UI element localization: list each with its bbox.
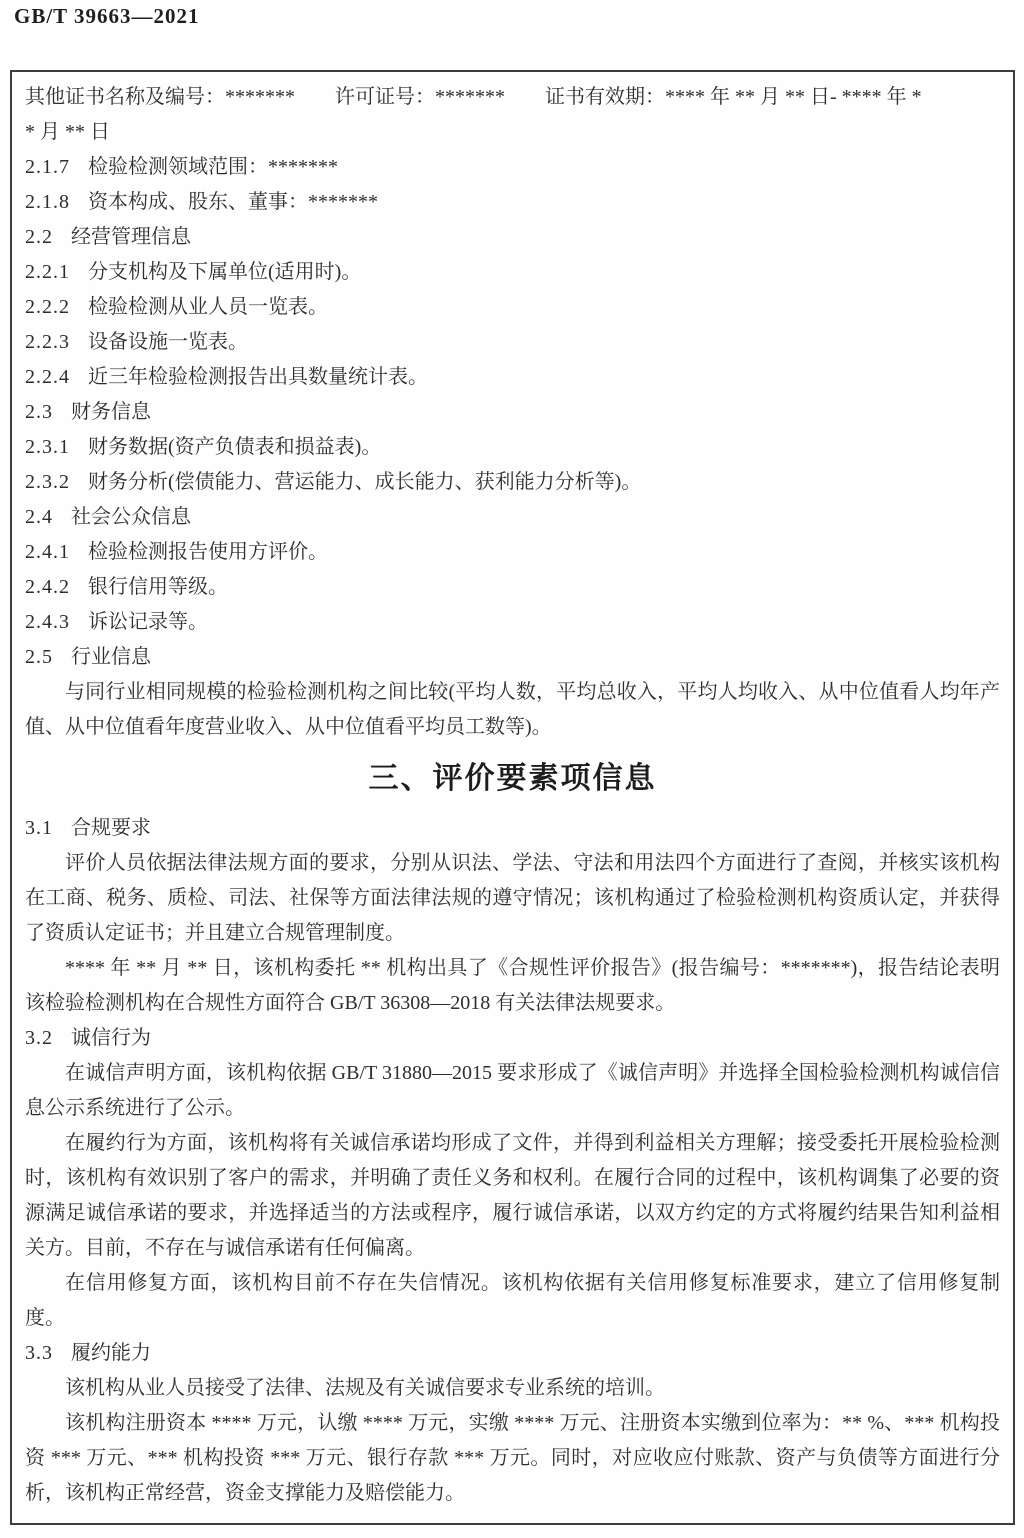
clause-text: 近三年检验检测报告出具数量统计表。 bbox=[88, 366, 428, 388]
clause-item-2-1-8: 2.1.8资本构成、股东、董事：******* bbox=[25, 185, 1000, 220]
clause-number: 3.3 bbox=[25, 1342, 53, 1364]
clause-number: 3.2 bbox=[25, 1027, 53, 1049]
clause-item-2-2-4: 2.2.4近三年检验检测报告出具数量统计表。 bbox=[25, 360, 1000, 395]
clause-title: 合规要求 bbox=[71, 817, 151, 839]
clause-item-2-2: 2.2经营管理信息 bbox=[25, 220, 1000, 255]
clause-text: 分支机构及下属单位(适用时)。 bbox=[88, 261, 361, 283]
clause-text: 经营管理信息 bbox=[71, 226, 191, 248]
clause-number: 2.2 bbox=[25, 226, 53, 248]
integrity-paragraph-1: 在诚信声明方面，该机构依据 GB/T 31880—2015 要求形成了《诚信声明… bbox=[25, 1056, 1000, 1126]
clause-item-2-4-1: 2.4.1检验检测报告使用方评价。 bbox=[25, 535, 1000, 570]
clause-number: 2.2.1 bbox=[25, 261, 70, 283]
clause-number: 2.4 bbox=[25, 506, 53, 528]
standard-number: GB/T 39663—2021 bbox=[14, 4, 200, 29]
clause-text: 社会公众信息 bbox=[71, 506, 191, 528]
clause-item-3-1: 3.1合规要求 bbox=[25, 811, 1000, 846]
clause-item-2-2-3: 2.2.3设备设施一览表。 bbox=[25, 325, 1000, 360]
clause-text: 财务数据(资产负债表和损益表)。 bbox=[88, 436, 381, 458]
clause-number: 2.2.3 bbox=[25, 331, 70, 353]
clause-text: 检验检测报告使用方评价。 bbox=[88, 541, 328, 563]
clause-item-2-1-7: 2.1.7检验检测领域范围：******* bbox=[25, 150, 1000, 185]
integrity-paragraph-3: 在信用修复方面，该机构目前不存在失信情况。该机构依据有关信用修复标准要求，建立了… bbox=[25, 1266, 1000, 1336]
section-heading: 三、评价要素项信息 bbox=[25, 757, 1000, 801]
clause-number: 2.2.2 bbox=[25, 296, 70, 318]
clause-text: 检验检测从业人员一览表。 bbox=[88, 296, 328, 318]
integrity-paragraph-2: 在履约行为方面，该机构将有关诚信承诺均形成了文件，并得到利益相关方理解；接受委托… bbox=[25, 1126, 1000, 1266]
clause-text: 诉讼记录等。 bbox=[88, 611, 208, 633]
clause-title: 履约能力 bbox=[71, 1342, 151, 1364]
clause-item-2-2-1: 2.2.1分支机构及下属单位(适用时)。 bbox=[25, 255, 1000, 290]
clause-number: 2.1.8 bbox=[25, 191, 70, 213]
clause-item-2-3-1: 2.3.1财务数据(资产负债表和损益表)。 bbox=[25, 430, 1000, 465]
clause-text: 资本构成、股东、董事：******* bbox=[88, 191, 378, 213]
capability-paragraph-2: 该机构注册资本 **** 万元，认缴 **** 万元，实缴 **** 万元、注册… bbox=[25, 1406, 1000, 1511]
clause-number: 2.2.4 bbox=[25, 366, 70, 388]
clause-text: 财务信息 bbox=[71, 401, 151, 423]
industry-comparison-paragraph: 与同行业相同规模的检验检测机构之间比较(平均人数，平均总收入，平均人均收入、从中… bbox=[25, 675, 1000, 745]
clause-number: 2.5 bbox=[25, 646, 53, 668]
capability-paragraph-1: 该机构从业人员接受了法律、法规及有关诚信要求专业系统的培训。 bbox=[25, 1371, 1000, 1406]
clause-text: 检验检测领域范围：******* bbox=[88, 156, 338, 178]
clause-text: 财务分析(偿债能力、营运能力、成长能力、获利能力分析等)。 bbox=[88, 471, 641, 493]
compliance-paragraph-1: 评价人员依据法律法规方面的要求，分别从识法、学法、守法和用法四个方面进行了查阅，… bbox=[25, 846, 1000, 951]
clause-item-3-2: 3.2诚信行为 bbox=[25, 1021, 1000, 1056]
clause-number: 2.3 bbox=[25, 401, 53, 423]
clause-text: 银行信用等级。 bbox=[88, 576, 228, 598]
clause-item-2-4: 2.4社会公众信息 bbox=[25, 500, 1000, 535]
clause-number: 2.4.2 bbox=[25, 576, 70, 598]
clause-item-3-3: 3.3履约能力 bbox=[25, 1336, 1000, 1371]
clause-number: 2.4.1 bbox=[25, 541, 70, 563]
clause-number: 2.3.2 bbox=[25, 471, 70, 493]
certificate-info-line-2: * 月 ** 日 bbox=[25, 115, 1000, 150]
clause-number: 3.1 bbox=[25, 817, 53, 839]
clause-item-2-4-3: 2.4.3诉讼记录等。 bbox=[25, 605, 1000, 640]
clause-item-2-5: 2.5行业信息 bbox=[25, 640, 1000, 675]
clause-item-2-3-2: 2.3.2财务分析(偿债能力、营运能力、成长能力、获利能力分析等)。 bbox=[25, 465, 1000, 500]
clause-number: 2.1.7 bbox=[25, 156, 70, 178]
clause-number: 2.4.3 bbox=[25, 611, 70, 633]
clause-item-2-4-2: 2.4.2银行信用等级。 bbox=[25, 570, 1000, 605]
clause-number: 2.3.1 bbox=[25, 436, 70, 458]
clause-item-2-3: 2.3财务信息 bbox=[25, 395, 1000, 430]
certificate-info-line-1: 其他证书名称及编号：******* 许可证号：******* 证书有效期：***… bbox=[25, 80, 1000, 115]
document-frame: 其他证书名称及编号：******* 许可证号：******* 证书有效期：***… bbox=[10, 70, 1015, 1525]
compliance-paragraph-2: **** 年 ** 月 ** 日，该机构委托 ** 机构出具了《合规性评价报告》… bbox=[25, 951, 1000, 1021]
clause-title: 诚信行为 bbox=[71, 1027, 151, 1049]
clause-text: 设备设施一览表。 bbox=[88, 331, 248, 353]
clause-text: 行业信息 bbox=[71, 646, 151, 668]
clause-item-2-2-2: 2.2.2检验检测从业人员一览表。 bbox=[25, 290, 1000, 325]
